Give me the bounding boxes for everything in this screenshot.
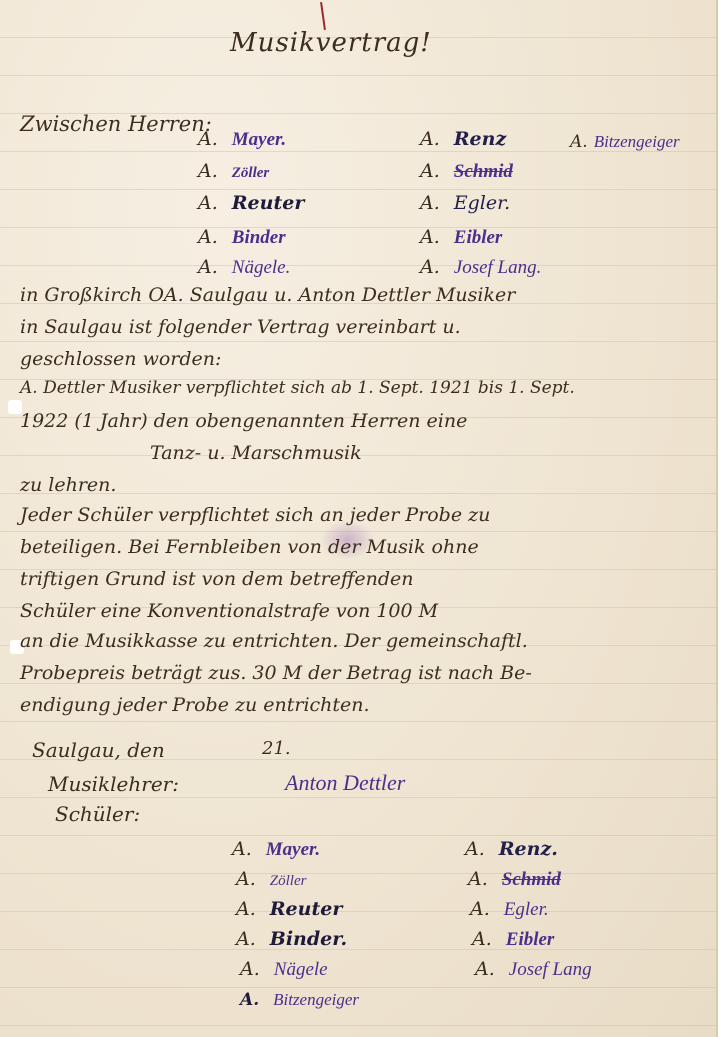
body-line: Probepreis beträgt zus. 30 M der Betrag … xyxy=(20,662,532,684)
member-entry: A.Josef Lang. xyxy=(420,256,541,279)
body-line: geschlossen worden: xyxy=(20,348,221,370)
teacher-signature: Anton Dettler xyxy=(285,770,405,796)
member-entry: A.Schmid xyxy=(420,160,513,183)
signature-entry: A.Binder. xyxy=(236,928,347,950)
member-entry-extra: A.Bitzengeiger xyxy=(570,132,680,152)
body-line: in Großkirch OA. Saulgau u. Anton Dettle… xyxy=(20,284,515,306)
place-date: Saulgau, den xyxy=(32,738,165,762)
students-label: Schüler: xyxy=(55,802,140,826)
member-entry: A.Mayer. xyxy=(198,128,286,151)
member-entry: A.Nägele. xyxy=(198,256,290,279)
body-line: Tanz- u. Marschmusik xyxy=(150,442,362,464)
signature-entry: A.Zöller xyxy=(236,868,306,890)
signature-entry: A.Egler. xyxy=(470,898,549,921)
signature-entry: A.Bitzengeiger xyxy=(240,990,359,1010)
salutation: Zwischen Herren: xyxy=(20,112,212,136)
body-line: triftigen Grund ist von dem betreffenden xyxy=(20,568,414,590)
body-line: zu lehren. xyxy=(20,474,116,496)
body-line: an die Musikkasse zu entrichten. Der gem… xyxy=(20,630,528,652)
body-line: Jeder Schüler verpflichtet sich an jeder… xyxy=(20,504,490,526)
signature-entry: A.Reuter xyxy=(236,898,342,920)
member-entry: A.Reuter xyxy=(198,192,304,214)
member-entry: A.Renz xyxy=(420,128,506,150)
signature-entry: A.Renz. xyxy=(465,838,558,860)
signature-entry: A.Mayer. xyxy=(232,838,320,861)
member-entry: A.Egler. xyxy=(420,192,510,214)
red-pencil-mark xyxy=(320,2,326,30)
document-title: Musikvertrag! xyxy=(230,28,432,58)
signature-entry: A.Josef Lang xyxy=(475,958,592,981)
body-line: 1922 (1 Jahr) den obengenannten Herren e… xyxy=(20,410,467,432)
body-line: beteiligen. Bei Fernbleiben von der Musi… xyxy=(20,536,479,558)
member-entry: A.Eibler xyxy=(420,226,502,249)
body-line: A. Dettler Musiker verpflichtet sich ab … xyxy=(20,378,575,398)
body-line: endigung jeder Probe zu entrichten. xyxy=(20,694,370,716)
signature-entry: A.Eibler xyxy=(472,928,554,951)
teacher-label: Musiklehrer: xyxy=(48,772,179,796)
body-line: in Saulgau ist folgender Vertrag vereinb… xyxy=(20,316,461,338)
document-page: Musikvertrag! Zwischen Herren: A.Mayer. … xyxy=(0,0,718,1037)
body-line: Schüler eine Konventionalstrafe von 100 … xyxy=(20,600,438,622)
date-day: 21. xyxy=(262,738,291,759)
member-entry: A.Zöller xyxy=(198,160,269,182)
signature-entry: A.Schmid xyxy=(468,868,561,891)
signature-entry: A.Nägele xyxy=(240,958,328,981)
member-entry: A.Binder xyxy=(198,226,286,249)
